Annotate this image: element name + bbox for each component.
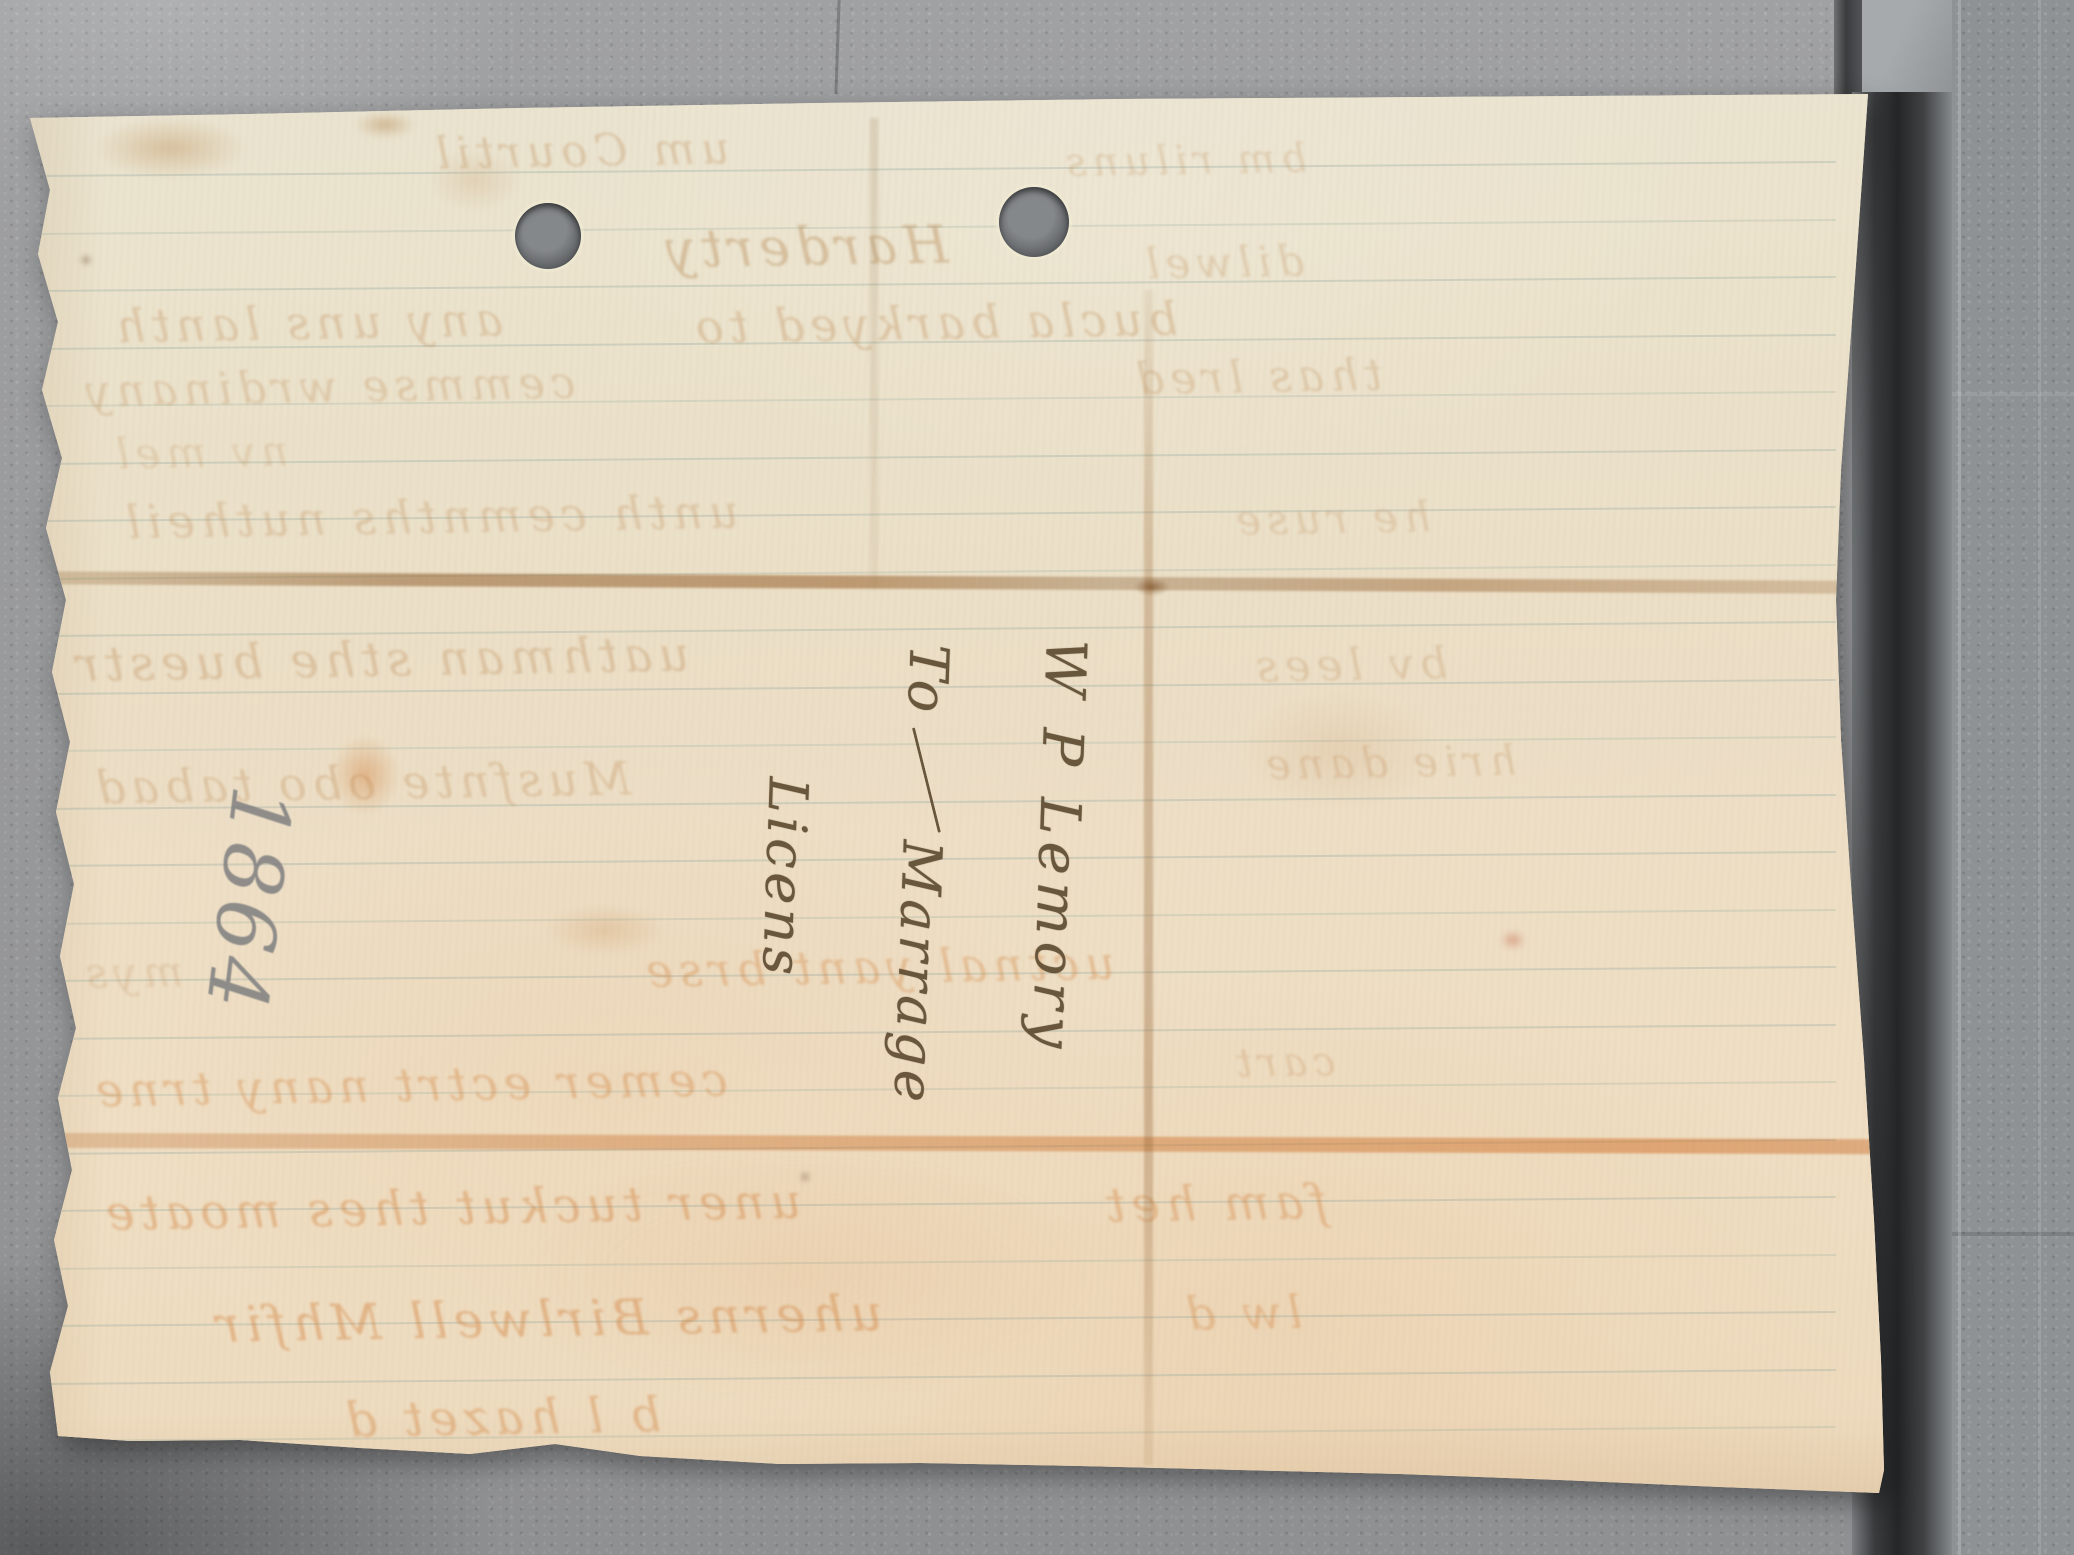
bleed-through-row: he ruse (1230, 492, 1432, 544)
ruled-line (36, 448, 1836, 464)
punch-hole (999, 187, 1069, 257)
stain (355, 112, 415, 138)
photo-scene: um Courtilbm rilunsHardertydilwelany uns… (0, 0, 2074, 1555)
document-paper: um Courtilbm rilunsHardertydilwelany uns… (0, 0, 2074, 1555)
bleed-through-row: cemer ectrt nany trne (90, 1052, 728, 1117)
docket-line-to-marriage: ToMarrage (832, 627, 989, 1241)
crease-intersection-blotch (1134, 578, 1170, 596)
stain (1240, 690, 1440, 810)
bleed-through-row: Harderty (659, 215, 948, 280)
bleed-through-row: fam het (1100, 1174, 1329, 1234)
docket-word-to: To (895, 643, 960, 717)
stain (95, 118, 245, 178)
bleed-through-row: bm riluns (1060, 136, 1308, 186)
docket-line-name: W P Lemory (968, 632, 1125, 1246)
bleed-through-row: uathman sthe buestr (70, 627, 690, 694)
stain (430, 150, 520, 210)
bleed-through-row: bucla barkyed to (690, 292, 1179, 355)
bleed-through-row: cemmse wrdinany (80, 358, 576, 418)
ruled-line (36, 161, 1836, 177)
docket-word-marriage: Marrage (882, 839, 954, 1107)
ruled-line (36, 276, 1836, 292)
bleed-through-row: thas lred (1130, 350, 1383, 405)
stain (545, 905, 665, 955)
ink-flourish-stroke (912, 728, 941, 834)
docket-ink-text: W P Lemory ToMarrage Licens (689, 622, 1125, 1246)
bleed-through-row: unth cemnths nutheil (120, 485, 739, 550)
bleed-through-row: dilwel (1140, 237, 1305, 289)
stain (80, 255, 92, 265)
stain (1500, 930, 1526, 950)
bleed-through-row: mys (80, 947, 184, 998)
bleed-through-row: cart (1230, 1039, 1336, 1087)
docket-line-license: Licens (696, 623, 853, 1237)
fold-crease-horizontal-upper (30, 571, 1840, 593)
bleed-through-row: any uns lanth (110, 293, 504, 354)
bleed-through-row: lw d (1180, 1285, 1303, 1341)
fold-crease-vertical-faint (870, 118, 878, 588)
bleed-through-row: nv mel (110, 426, 289, 478)
ruled-line (36, 1426, 1836, 1442)
paper-shadow-wrap: um Courtilbm rilunsHardertydilwelany uns… (0, 0, 2074, 1555)
punch-hole (515, 203, 581, 269)
stain (330, 735, 400, 815)
fold-crease-vertical (1144, 290, 1153, 1465)
bleed-through-row: b l hazet d (340, 1387, 662, 1449)
pencil-year: 1864 (171, 779, 308, 1021)
bleed-through-row: bv lees (1250, 638, 1449, 692)
